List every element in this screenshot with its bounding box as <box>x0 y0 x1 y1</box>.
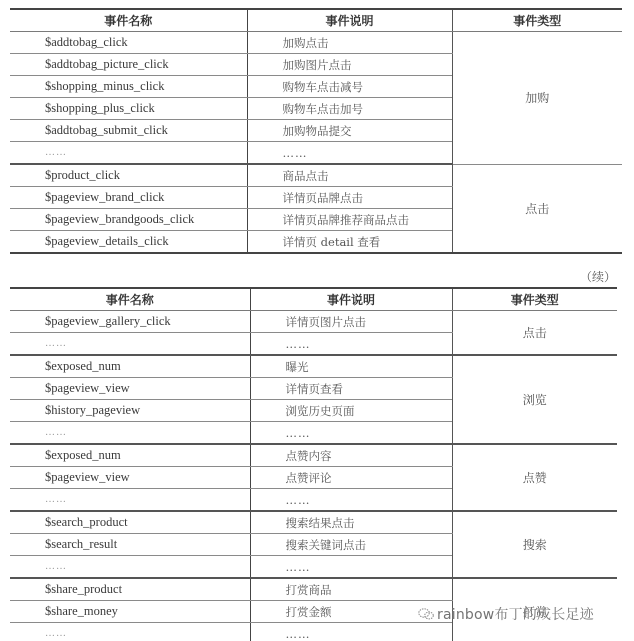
continued-label: （续） <box>580 268 616 285</box>
event-description: 加购图片点击 <box>247 54 452 76</box>
event-name: $share_product <box>10 578 250 601</box>
event-description: 详情页查看 <box>250 378 452 400</box>
wechat-icon <box>418 608 434 620</box>
event-name: $pageview_brandgoods_click <box>10 209 247 231</box>
event-description: 详情页图片点击 <box>250 311 452 333</box>
event-description: 详情页品牌推荐商品点击 <box>247 209 452 231</box>
event-description-ellipsis: …… <box>250 489 452 512</box>
event-name-ellipsis: …… <box>10 556 250 579</box>
event-table-2: 事件名称 事件说明 事件类型 $pageview_gallery_click 详… <box>10 287 617 641</box>
event-name: $share_money <box>10 601 250 623</box>
table-row: $addtobag_click 加购点击 加购 <box>10 32 622 54</box>
event-type: 点赞 <box>452 444 617 511</box>
event-description: 加购点击 <box>247 32 452 54</box>
event-type: 加购 <box>452 32 622 165</box>
event-name-ellipsis: …… <box>10 142 247 165</box>
header-event-name: 事件名称 <box>10 9 247 32</box>
header-event-type: 事件类型 <box>452 9 622 32</box>
event-name: $addtobag_picture_click <box>10 54 247 76</box>
event-name: $pageview_view <box>10 378 250 400</box>
event-description: 加购物品提交 <box>247 120 452 142</box>
event-description: 打赏商品 <box>250 578 452 601</box>
event-type: 搜索 <box>452 511 617 578</box>
event-description: 搜索结果点击 <box>250 511 452 534</box>
header-event-type: 事件类型 <box>452 288 617 311</box>
watermark: rainbow布丁的成长足迹 <box>418 604 594 624</box>
event-name: $pageview_gallery_click <box>10 311 250 333</box>
event-description: 曝光 <box>250 355 452 378</box>
event-table-1: 事件名称 事件说明 事件类型 $addtobag_click 加购点击 加购 $… <box>10 8 622 254</box>
event-name-ellipsis: …… <box>10 333 250 356</box>
event-description: 商品点击 <box>247 164 452 187</box>
event-description-ellipsis: …… <box>250 556 452 579</box>
event-name: $addtobag_submit_click <box>10 120 247 142</box>
table-header-row: 事件名称 事件说明 事件类型 <box>10 9 622 32</box>
header-event-description: 事件说明 <box>247 9 452 32</box>
table-row: $share_product 打赏商品 打赏 <box>10 578 617 601</box>
event-name: $search_result <box>10 534 250 556</box>
event-name: $pageview_details_click <box>10 231 247 254</box>
table-header-row: 事件名称 事件说明 事件类型 <box>10 288 617 311</box>
event-type: 浏览 <box>452 355 617 444</box>
event-name-ellipsis: …… <box>10 422 250 445</box>
event-description: 购物车点击减号 <box>247 76 452 98</box>
header-event-name: 事件名称 <box>10 288 250 311</box>
event-name: $exposed_num <box>10 355 250 378</box>
table-row: $product_click 商品点击 点击 <box>10 164 622 187</box>
event-description: 搜索关键词点击 <box>250 534 452 556</box>
event-description-ellipsis: …… <box>247 142 452 165</box>
event-name: $search_product <box>10 511 250 534</box>
event-name: $shopping_plus_click <box>10 98 247 120</box>
table-row: $search_product 搜索结果点击 搜索 <box>10 511 617 534</box>
event-description: 点赞内容 <box>250 444 452 467</box>
event-type: 点击 <box>452 311 617 356</box>
event-name: $addtobag_click <box>10 32 247 54</box>
event-name: $pageview_view <box>10 467 250 489</box>
event-description-ellipsis: …… <box>250 333 452 356</box>
event-description: 详情页 detail 查看 <box>247 231 452 254</box>
event-description-ellipsis: …… <box>250 623 452 641</box>
table-row: $exposed_num 曝光 浏览 <box>10 355 617 378</box>
event-description: 购物车点击加号 <box>247 98 452 120</box>
event-name: $pageview_brand_click <box>10 187 247 209</box>
event-name: $product_click <box>10 164 247 187</box>
event-name: $shopping_minus_click <box>10 76 247 98</box>
event-name: $exposed_num <box>10 444 250 467</box>
table-row: $exposed_num 点赞内容 点赞 <box>10 444 617 467</box>
event-name: $history_pageview <box>10 400 250 422</box>
watermark-text: rainbow布丁的成长足迹 <box>437 607 594 623</box>
event-description-ellipsis: …… <box>250 422 452 445</box>
table-row: $pageview_gallery_click 详情页图片点击 点击 <box>10 311 617 333</box>
event-name-ellipsis: …… <box>10 489 250 512</box>
header-event-description: 事件说明 <box>250 288 452 311</box>
event-description: 详情页品牌点击 <box>247 187 452 209</box>
event-description: 浏览历史页面 <box>250 400 452 422</box>
event-type: 点击 <box>452 164 622 253</box>
event-name-ellipsis: …… <box>10 623 250 641</box>
event-description: 点赞评论 <box>250 467 452 489</box>
